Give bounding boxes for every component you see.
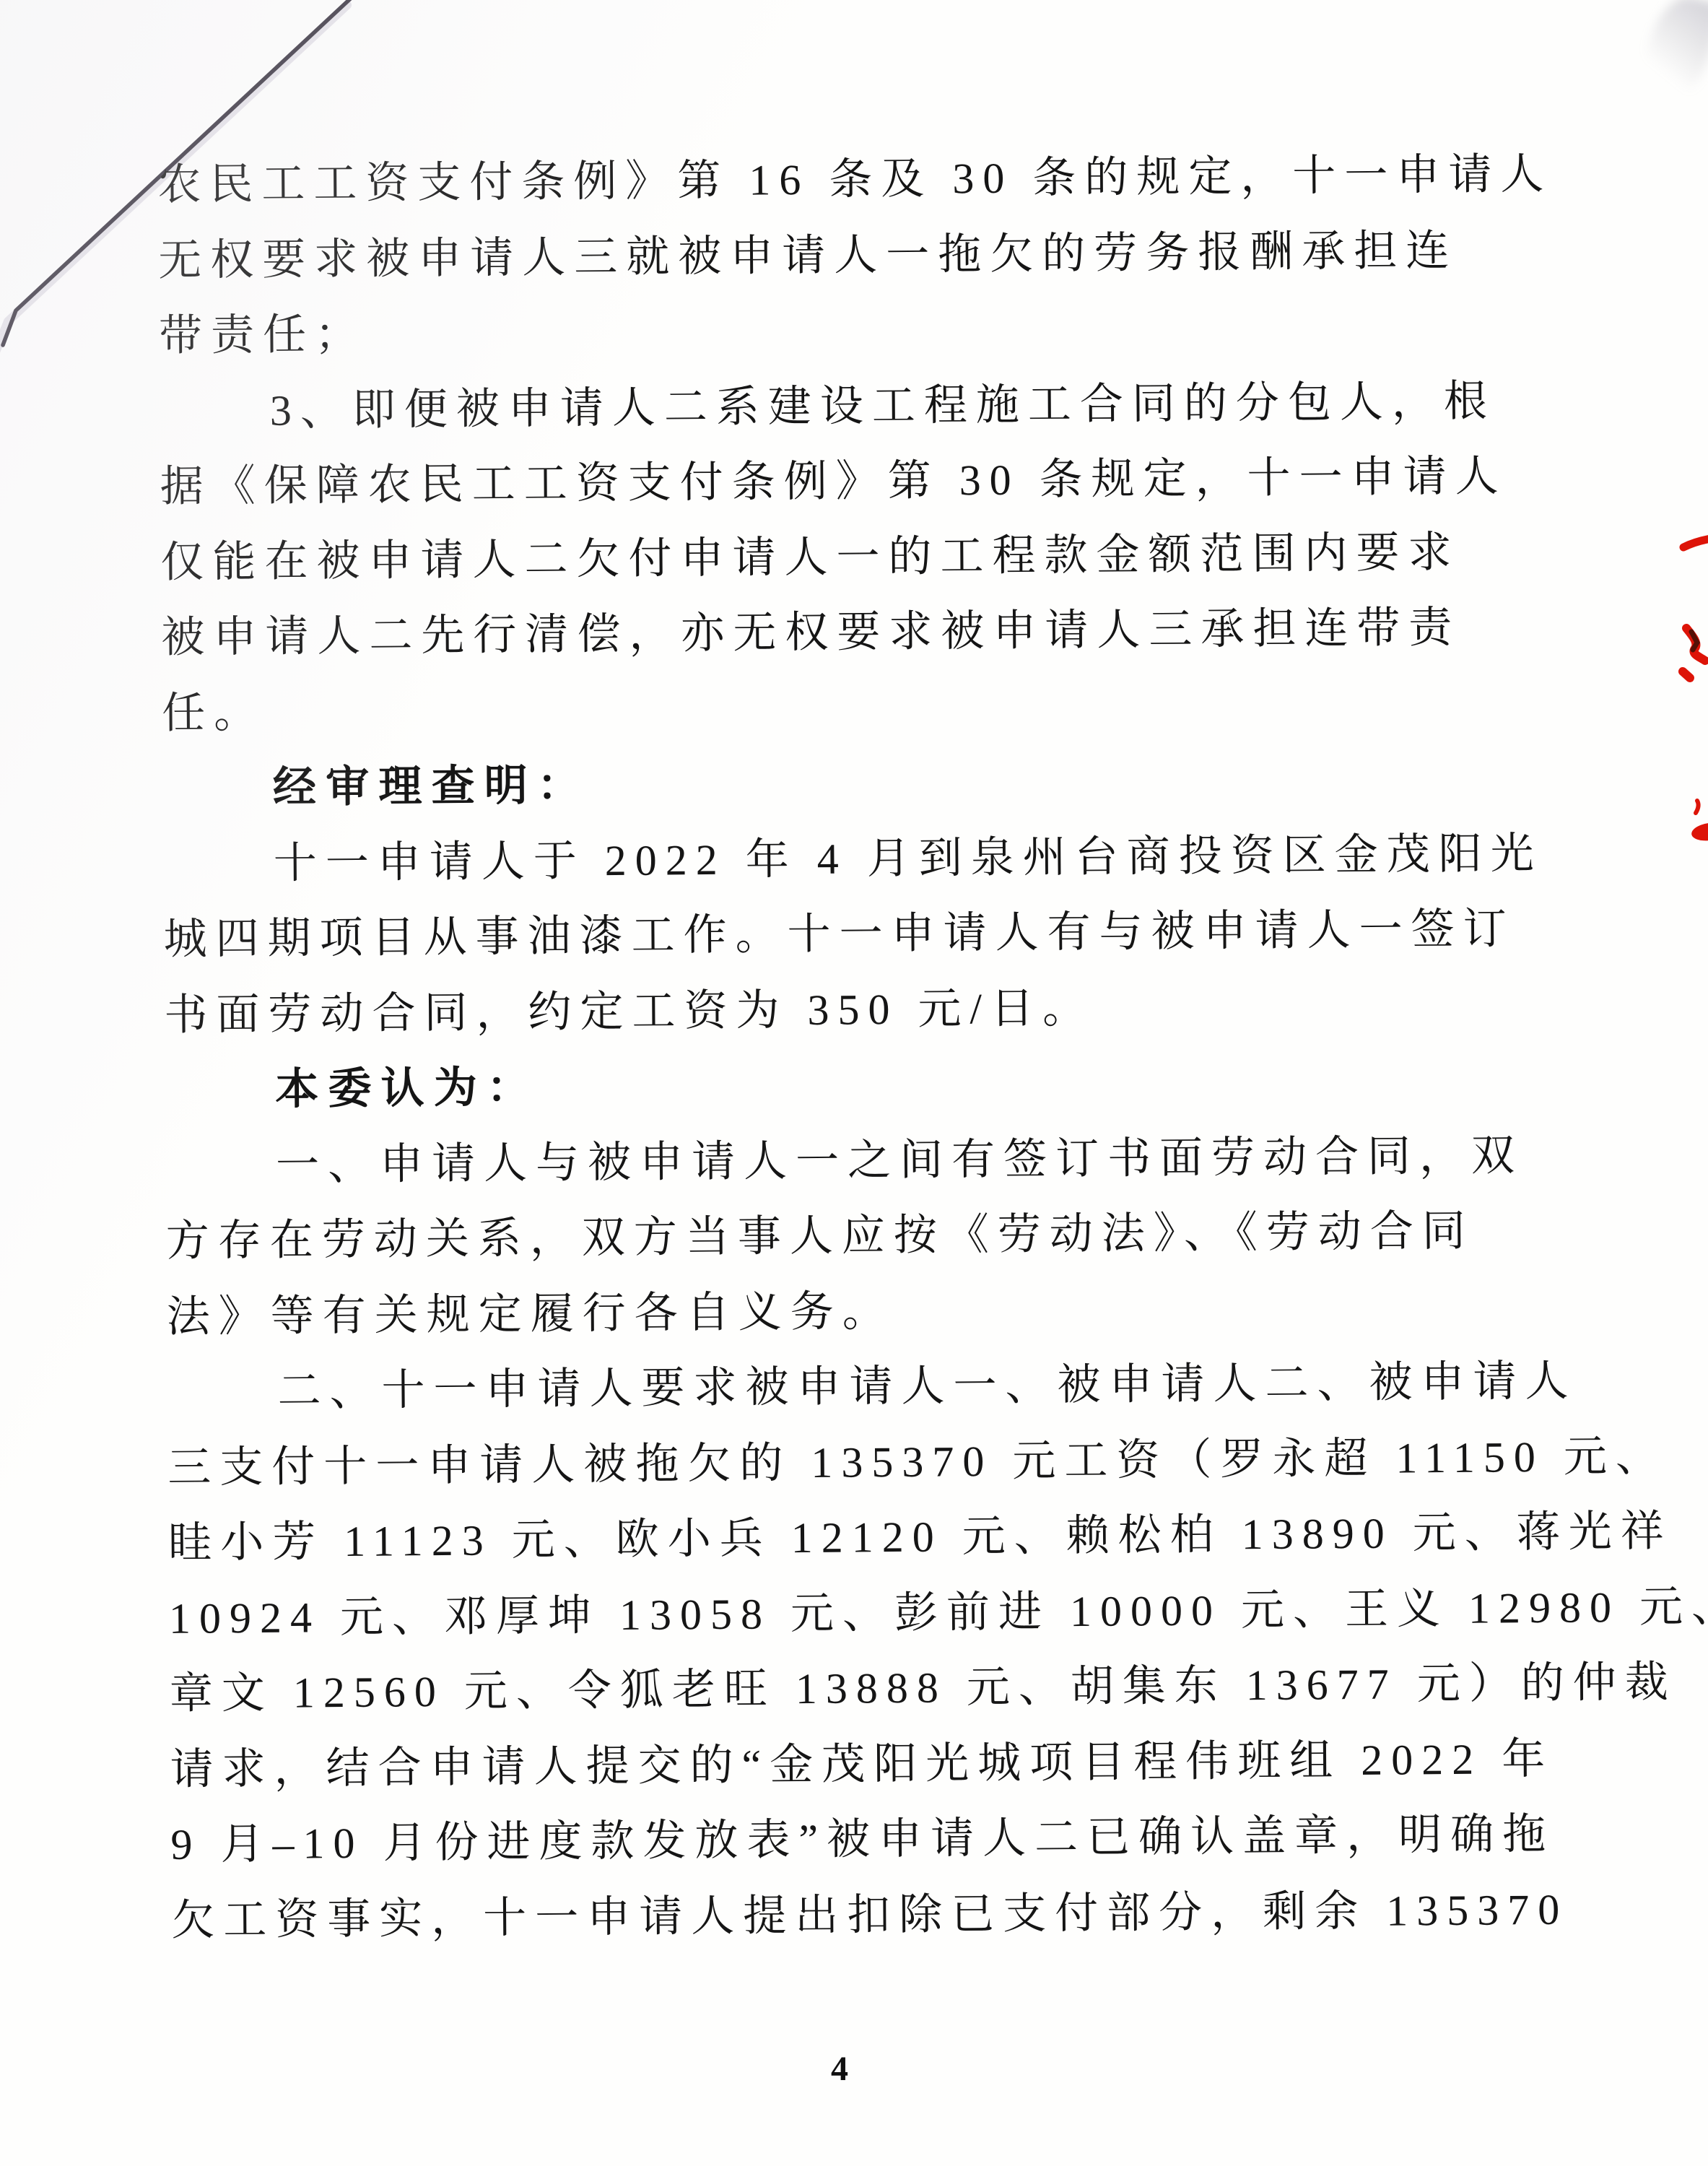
red-blob-artifact bbox=[1691, 821, 1708, 843]
text-line: 欠工资事实，十一申请人提出扣除已支付部分，剩余 135370 bbox=[171, 1871, 1644, 1958]
text-line: 据《保障农民工工资支付条例》第 30 条规定，十一申请人 bbox=[160, 438, 1633, 525]
text-line: 被申请人二先行清偿，亦无权要求被申请人三承担连带责 bbox=[161, 588, 1634, 676]
text-line: 二、十一申请人要求被申请人一、被申请人二、被申请人 bbox=[167, 1343, 1640, 1430]
text-line: 方存在劳动关系，双方当事人应按《劳动法》、《劳动合同 bbox=[165, 1192, 1639, 1279]
text-line: 章文 12560 元、令狐老旺 13888 元、胡集东 13677 元）的仲裁 bbox=[169, 1645, 1642, 1732]
section-heading: 经审理查明： bbox=[162, 739, 1636, 827]
page-number: 4 bbox=[807, 2049, 872, 2089]
red-ink-marks bbox=[1659, 505, 1708, 852]
text-line: 9 月–10 月份进度款发放表”被申请人二已确认盖章，明确拖 bbox=[170, 1796, 1644, 1883]
text-line: 一、申请人与被申请人一之间有签订书面劳动合同，双 bbox=[165, 1116, 1639, 1204]
text-line: 带责任； bbox=[159, 287, 1632, 374]
document-body: 农民工工资支付条例》第 16 条及 30 条的规定，十一申请人无权要求被申请人三… bbox=[157, 136, 1644, 1958]
red-tick-artifact bbox=[1696, 801, 1699, 813]
text-line: 仅能在被申请人二欠付申请人一的工程款金额范围内要求 bbox=[160, 513, 1634, 600]
text-line: 书面劳动合同，约定工资为 350 元/日。 bbox=[164, 965, 1637, 1053]
text-line: 请求，结合申请人提交的“金茂阳光城项目程伟班组 2022 年 bbox=[170, 1720, 1643, 1807]
text-line: 十一申请人于 2022 年 4 月到泉州台商投资区金茂阳光 bbox=[162, 814, 1636, 902]
text-line: 任。 bbox=[162, 664, 1635, 751]
text-line: 眭小芳 11123 元、欧小兵 12120 元、赖松柏 13890 元、蒋光祥 bbox=[168, 1494, 1642, 1581]
scanned-document-page: 农民工工资支付条例》第 16 条及 30 条的规定，十一申请人无权要求被申请人三… bbox=[0, 0, 1708, 2166]
text-line: 法》等有关规定履行各自义务。 bbox=[166, 1267, 1639, 1354]
text-line: 三支付十一申请人被拖欠的 135370 元工资（罗永超 11150 元、 bbox=[167, 1418, 1641, 1505]
scan-smudge-artifact bbox=[1634, 0, 1708, 116]
text-line: 3、即便被申请人二系建设工程施工合同的分包人，根 bbox=[159, 362, 1632, 449]
text-line: 农民工工资支付条例》第 16 条及 30 条的规定，十一申请人 bbox=[157, 136, 1631, 223]
text-line: 无权要求被申请人三就被申请人一拖欠的劳务报酬承担连 bbox=[158, 211, 1631, 298]
section-heading: 本委认为： bbox=[165, 1041, 1638, 1128]
text-line: 10924 元、邓厚坤 13058 元、彭前进 10000 元、王义 12980… bbox=[169, 1569, 1642, 1656]
text-line: 城四期项目从事油漆工作。十一申请人有与被申请人一签订 bbox=[163, 890, 1637, 978]
red-stroke-artifact bbox=[1683, 539, 1708, 547]
